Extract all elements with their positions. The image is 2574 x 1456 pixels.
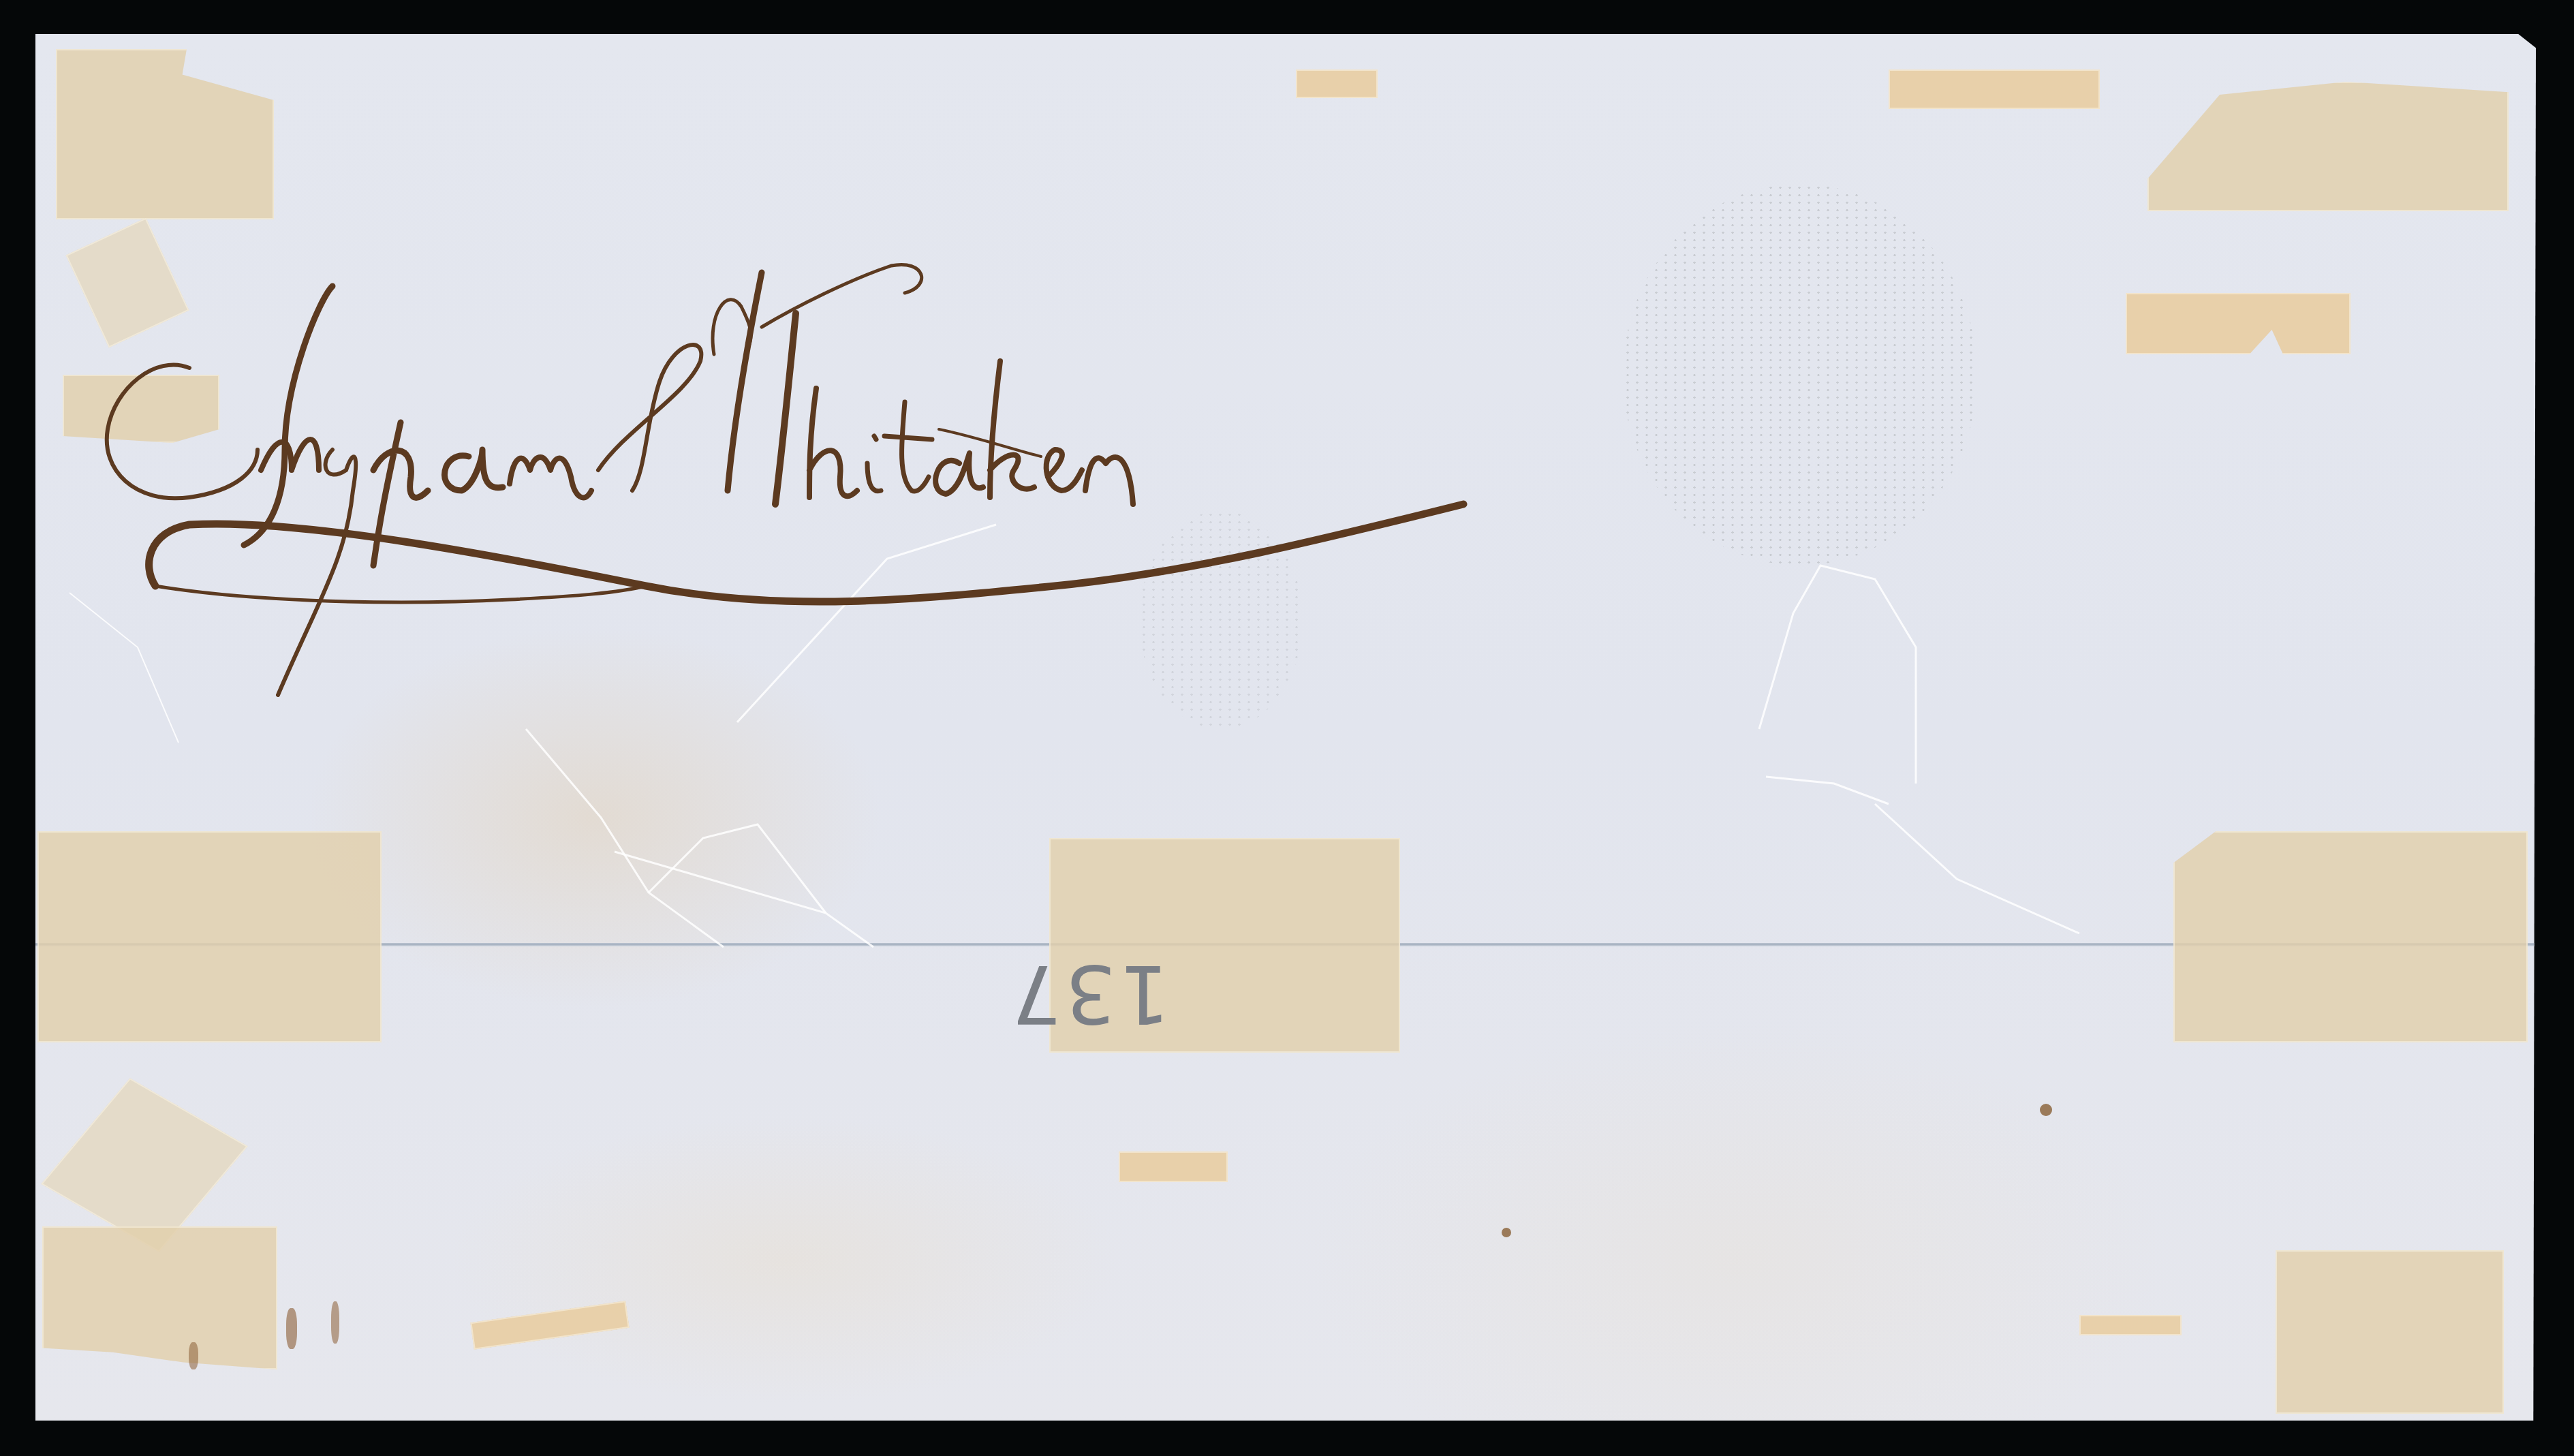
ink-spot (2549, 1387, 2556, 1393)
signature: Ingham & Whitaker (33, 245, 1532, 600)
signature-text: Ingham & Whitaker (189, 259, 1949, 457)
pencil-note: 137 (1008, 947, 1170, 1041)
paper-crack (35, 34, 2536, 1421)
letter-sheet: 137 (35, 34, 2536, 1421)
